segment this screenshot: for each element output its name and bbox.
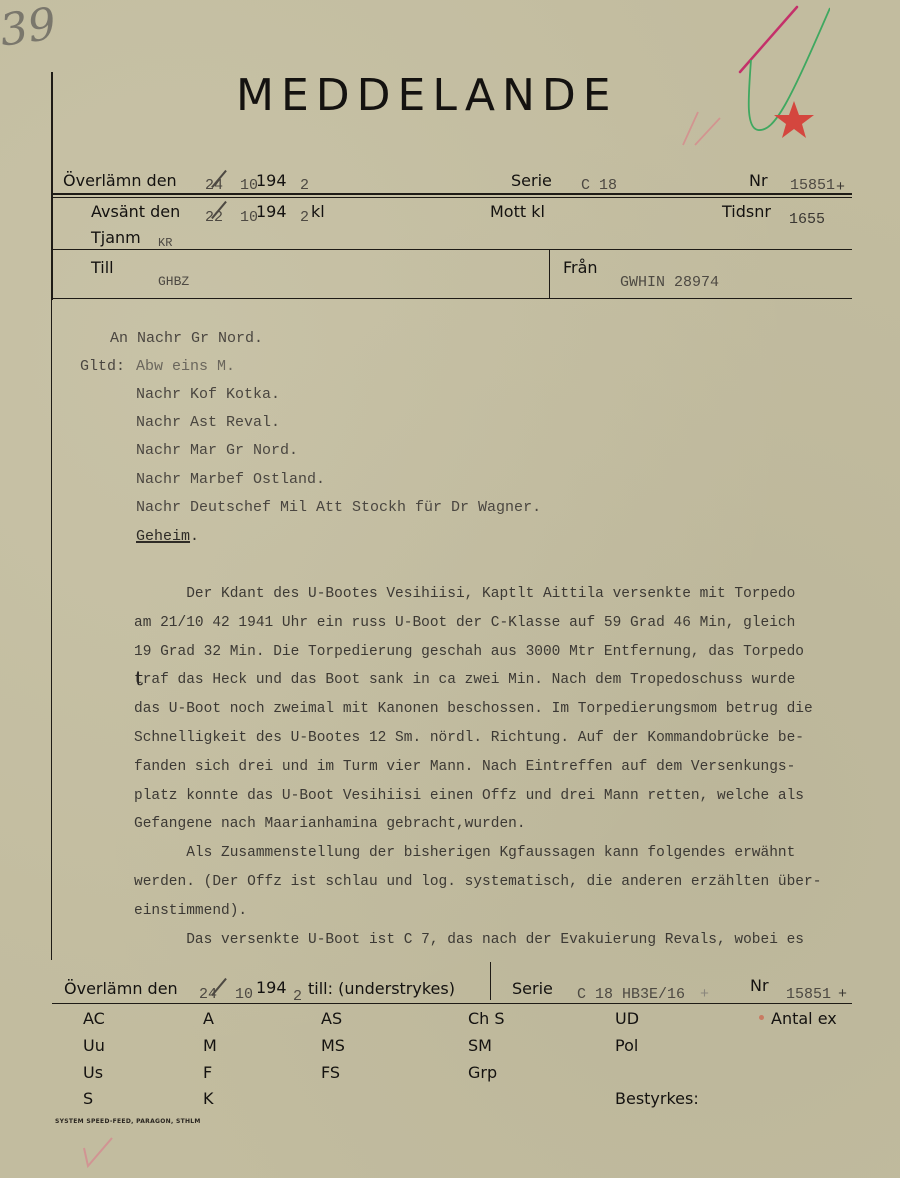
recipient-option[interactable]: SM: [468, 1036, 492, 1055]
tjanm-value: KR: [158, 236, 172, 250]
red-star-icon: [772, 100, 816, 140]
body-line: platz konnte das U-Boot Vesihiisi einen …: [134, 788, 804, 804]
recipient-option[interactable]: Pol: [615, 1036, 638, 1055]
nr-value: 15851: [790, 177, 835, 194]
body-line: Das versenkte U-Boot ist C 7, das nach d…: [134, 932, 804, 948]
recipient-option[interactable]: FS: [321, 1063, 340, 1082]
body-line: Der Kdant des U-Bootes Vesihiisi, Kaptlt…: [134, 586, 795, 602]
till-fran-divider: [549, 250, 550, 298]
recipient-option[interactable]: UD: [615, 1009, 639, 1028]
header-line-mid: [52, 249, 852, 250]
pink-check-mark: [78, 1130, 118, 1170]
bestyrkes-label: Bestyrkes:: [615, 1089, 699, 1108]
overlamn-year-prefix: 194: [256, 171, 287, 190]
copy-recipient: Nachr Marbef Ostland.: [136, 471, 325, 488]
serie-label: Serie: [511, 171, 552, 190]
recipient-option[interactable]: K: [203, 1089, 214, 1108]
classification-text: Geheim: [136, 528, 190, 545]
footer-left-frame: [51, 905, 52, 960]
footer-overlamn-day: 24: [199, 986, 217, 1003]
body-line: Als Zusammenstellung der bisherigen Kgfa…: [134, 845, 795, 861]
classification: Geheim.: [136, 528, 199, 545]
footer-overlamn-year-prefix: 194: [256, 978, 287, 997]
copy-recipient: Abw eins M.: [136, 358, 235, 375]
till-label: Till: [91, 258, 114, 277]
fran-label: Från: [563, 258, 598, 277]
recipient-option[interactable]: AS: [321, 1009, 342, 1028]
body-line: am 21/10 42 1941 Uhr ein russ U-Boot der…: [134, 615, 795, 631]
printer-imprint: SYSTEM SPEED-FEED, PARAGON, STHLM: [55, 1118, 201, 1125]
overlamn-label: Överlämn den: [63, 171, 177, 190]
footer-nr-label: Nr: [750, 976, 769, 995]
addressee: An Nachr Gr Nord.: [110, 330, 263, 347]
till-value: GHBZ: [158, 274, 189, 289]
footer-nr-mark: +: [838, 986, 847, 1003]
antal-ex-label: Antal ex: [771, 1009, 837, 1028]
left-frame-line: [51, 72, 53, 300]
body-line: traf das Heck und das Boot sank in ca zw…: [134, 672, 795, 688]
footer-till-label: till: (understrykes): [308, 979, 455, 998]
copy-recipient: Nachr Ast Reval.: [136, 414, 280, 431]
avsant-year-prefix: 194: [256, 202, 287, 221]
margin-annotation: 39: [0, 0, 59, 57]
recipient-option[interactable]: MS: [321, 1036, 345, 1055]
body-line: Schnelligkeit des U-Bootes 12 Sm. nördl.…: [134, 730, 804, 746]
header-line-bottom: [52, 298, 852, 299]
recipient-option[interactable]: Grp: [468, 1063, 497, 1082]
recipient-option[interactable]: AC: [83, 1009, 105, 1028]
body-line: Gefangene nach Maarianhamina gebracht,wu…: [134, 816, 526, 832]
body-line: fanden sich drei und im Turm vier Mann. …: [134, 759, 795, 775]
footer-serie-mark: +: [700, 986, 709, 1003]
tidsnr-label: Tidsnr: [722, 202, 771, 221]
recipient-option[interactable]: Uu: [83, 1036, 105, 1055]
avsant-label: Avsänt den: [91, 202, 180, 221]
recipient-option[interactable]: M: [203, 1036, 217, 1055]
copy-recipient: Nachr Mar Gr Nord.: [136, 442, 298, 459]
avsant-kl-label: kl: [311, 202, 325, 221]
copy-recipient: Nachr Deutschef Mil Att Stockh für Dr Wa…: [136, 499, 541, 516]
header-double-line-top: [52, 193, 852, 195]
nr-label: Nr: [749, 171, 768, 190]
left-frame-line-body: [51, 300, 52, 960]
tjanm-label: Tjanm: [91, 228, 141, 247]
recipient-option[interactable]: F: [203, 1063, 212, 1082]
body-line: werden. (Der Offz ist schlau und log. sy…: [134, 874, 821, 890]
footer-serie-value: C 18 HB3E/16: [577, 986, 685, 1003]
fran-value: GWHIN 28974: [620, 274, 719, 291]
recipient-option[interactable]: Ch S: [468, 1009, 505, 1028]
red-dot-mark: [759, 1015, 764, 1020]
recipient-option[interactable]: S: [83, 1089, 93, 1108]
copy-recipient: Nachr Kof Kotka.: [136, 386, 280, 403]
footer-serie-label: Serie: [512, 979, 553, 998]
body-line: das U-Boot noch zweimal mit Kanonen besc…: [134, 701, 813, 717]
header-double-line-bottom: [52, 197, 852, 198]
document-title: MEDDELANDE: [236, 70, 618, 121]
footer-line: [52, 1003, 852, 1004]
avsant-year-suffix: 2: [300, 209, 309, 226]
gltd-label: Gltd:: [80, 358, 125, 375]
body-line: einstimmend).: [134, 903, 247, 919]
overlamn-year-suffix: 2: [300, 177, 309, 194]
handwritten-correction: t: [135, 666, 143, 690]
classification-period: .: [190, 528, 199, 545]
recipient-option[interactable]: Us: [83, 1063, 103, 1082]
recipient-option[interactable]: A: [203, 1009, 214, 1028]
footer-nr-value: 15851: [786, 986, 831, 1003]
footer-divider: [490, 962, 491, 1000]
footer-overlamn-month: 10: [235, 986, 253, 1003]
body-line: 19 Grad 32 Min. Die Torpedierung geschah…: [134, 644, 804, 660]
tidsnr-value: 1655: [789, 211, 825, 228]
serie-value: C 18: [581, 177, 617, 194]
mott-label: Mott kl: [490, 202, 545, 221]
footer-overlamn-label: Överlämn den: [64, 979, 178, 998]
